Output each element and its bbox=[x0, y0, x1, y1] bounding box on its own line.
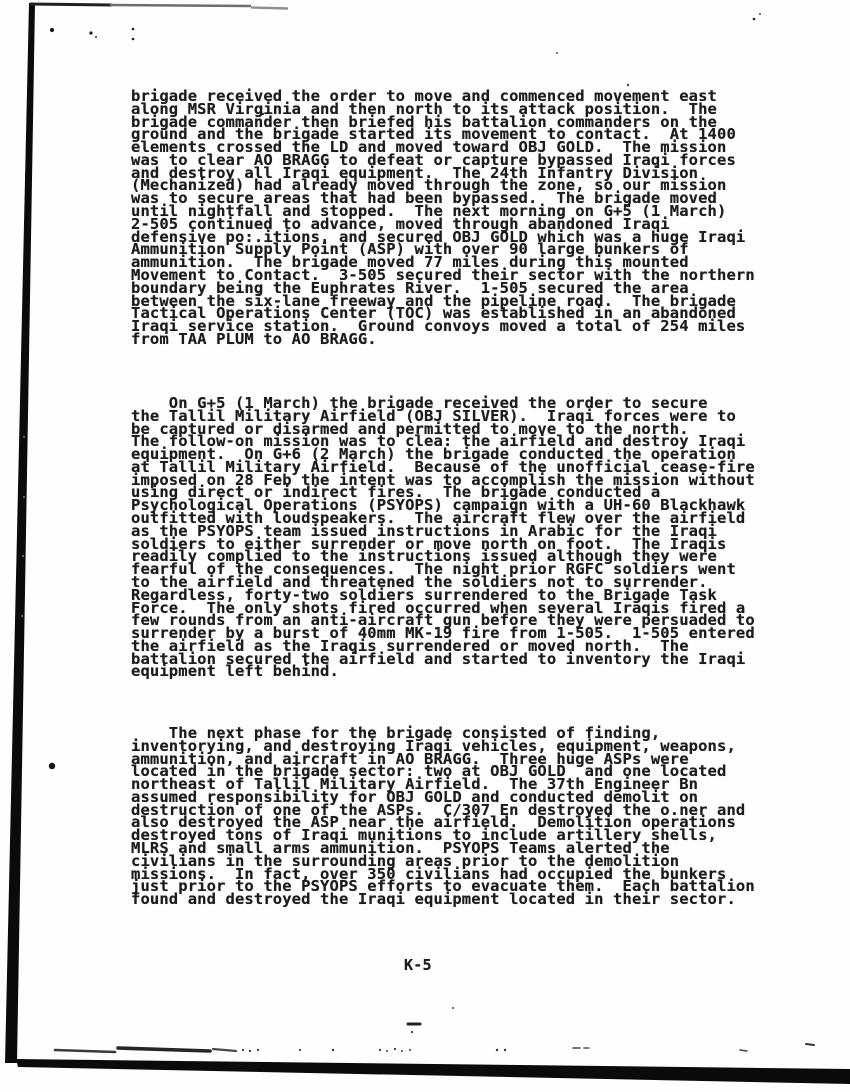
scanned-document-page: brigade received the order to move and c… bbox=[0, 0, 850, 1092]
page-number: K-5 bbox=[404, 956, 432, 974]
paragraph-movement-to-contact: brigade received the order to move and c… bbox=[131, 90, 755, 346]
paragraph-destroy-equipment: The next phase for the brigade consisted… bbox=[131, 727, 755, 906]
scan-smudge-line bbox=[55, 1044, 814, 1052]
scan-border-left bbox=[5, 3, 35, 1063]
scan-speck-bullet bbox=[49, 763, 55, 769]
scan-specks-left-border bbox=[21, 436, 25, 617]
scan-border-bottom bbox=[16, 1059, 850, 1084]
scan-specks-bottom-center bbox=[408, 1007, 454, 1033]
scan-border-top-mid bbox=[110, 5, 251, 6]
scan-border-top bbox=[30, 4, 112, 5]
scan-border-top-end bbox=[251, 8, 288, 9]
paragraph-tallil-airfield: On G+5 (1 March) the brigade received th… bbox=[131, 397, 755, 678]
